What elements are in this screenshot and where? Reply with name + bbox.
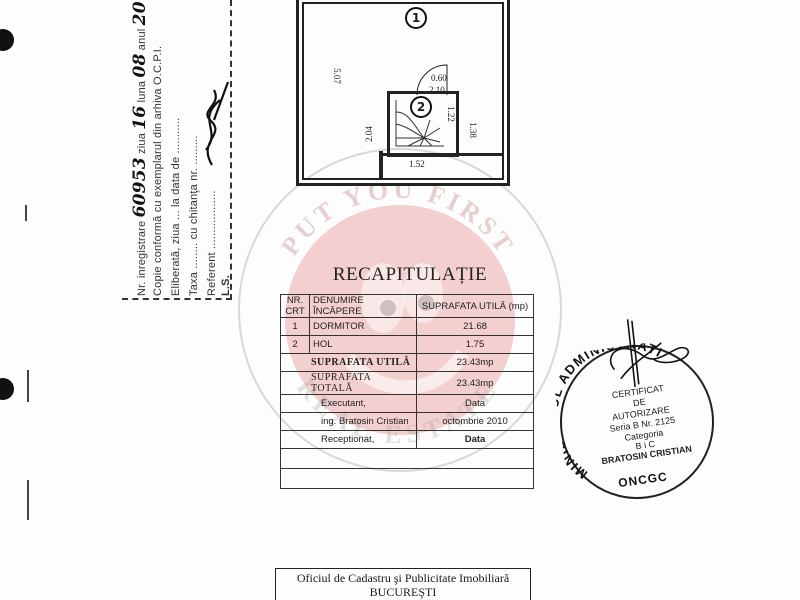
- dimension-label: 2.04: [364, 126, 374, 142]
- recap-table: NR. CRT DENUMIRE ÎNCĂPERE SUPRAFATA UTIL…: [280, 294, 534, 489]
- total-useful-label: SUPRAFATA UTILĂ: [281, 354, 417, 372]
- svg-text:PUT YOU FIRST: PUT YOU FIRST: [275, 175, 521, 261]
- punch-hole-top: [0, 29, 14, 51]
- scan-artifact: [27, 480, 29, 520]
- row-area: 21.68: [417, 318, 534, 336]
- reg-line-3: Eliberată, ziua ... la data de .........…: [170, 118, 182, 296]
- executant-row: Executant, Data: [281, 395, 534, 413]
- room-number-2: 2: [410, 96, 432, 118]
- scan-artifact: [27, 370, 29, 402]
- header-name: DENUMIRE ÎNCĂPERE: [310, 295, 417, 318]
- ocpi-line-2: BUCUREŞTI: [276, 585, 530, 599]
- registration-stamp: Nr. inregistrare 60953 ziua 16 luna 08 a…: [92, 0, 232, 300]
- executant-name-row: ing. Bratosin Cristian octombrie 2010: [281, 413, 534, 431]
- header-area: SUPRAFATA UTILĂ (mp): [417, 295, 534, 318]
- dimension-label: 1.38: [468, 122, 478, 138]
- reg-line-2: Copie conformă cu exemplarul din arhiva …: [152, 46, 164, 296]
- dimension-label: 1.52: [409, 159, 425, 169]
- total-useful-value: 23.43mp: [417, 354, 534, 372]
- empty-row: [281, 449, 534, 469]
- executant-date: octombrie 2010: [417, 413, 534, 431]
- reg-line-6: L.S.: [220, 275, 232, 296]
- table-row: 1 DORMITOR 21.68: [281, 318, 534, 336]
- total-value: 23.43mp: [417, 372, 534, 395]
- signature-icon: [598, 309, 698, 401]
- total-label: SUPRAFATA TOTALĂ: [281, 372, 417, 395]
- reg-line-1: Nr. inregistrare 60953 ziua 16 luna 08 a…: [130, 0, 150, 296]
- dimension-label: 5.07: [332, 68, 342, 84]
- stair-room: 2: [387, 91, 459, 157]
- wall: [383, 153, 503, 156]
- executant-name: ing. Bratosin Cristian: [281, 413, 417, 431]
- room-number-1: 1: [405, 7, 427, 29]
- reg-line-5: Referent ..................: [206, 190, 218, 296]
- scan-artifact: [25, 205, 27, 221]
- round-stamp: MINISTERUL ADMINISTRATIEI CERTIFICAT DE …: [550, 335, 724, 509]
- receptioner-row: Receptionat, Data: [281, 431, 534, 449]
- receptioner-label: Receptionat,: [281, 431, 417, 449]
- total-useful-row: SUPRAFATA UTILĂ 23.43mp: [281, 354, 534, 372]
- table-row: 2 HOL 1.75: [281, 336, 534, 354]
- receptioner-date-label: Data: [417, 431, 534, 449]
- total-row: SUPRAFATA TOTALĂ 23.43mp: [281, 372, 534, 395]
- executant-date-label: Data: [417, 395, 534, 413]
- row-nr: 1: [281, 318, 310, 336]
- dimension-label: 0.60: [431, 73, 447, 83]
- floor-plan: 1 5.07 0.60 2.10 2 1.22 1.38 2.04 1.52: [296, 0, 510, 186]
- row-area: 1.75: [417, 336, 534, 354]
- ocpi-stamp: Oficiul de Cadastru şi Publicitate Imobi…: [275, 568, 531, 600]
- empty-row: [281, 469, 534, 489]
- row-name: DORMITOR: [310, 318, 417, 336]
- row-name: HOL: [310, 336, 417, 354]
- executant-label: Executant,: [281, 395, 417, 413]
- header-nr: NR. CRT: [281, 295, 310, 318]
- recap-title: RECAPITULAȚIE: [280, 264, 540, 286]
- row-nr: 2: [281, 336, 310, 354]
- signature-icon: [192, 80, 232, 170]
- dimension-label: 1.22: [446, 106, 456, 122]
- punch-hole-bottom: [0, 378, 14, 400]
- ocpi-line-1: Oficiul de Cadastru şi Publicitate Imobi…: [276, 571, 530, 585]
- table-header-row: NR. CRT DENUMIRE ÎNCĂPERE SUPRAFATA UTIL…: [281, 295, 534, 318]
